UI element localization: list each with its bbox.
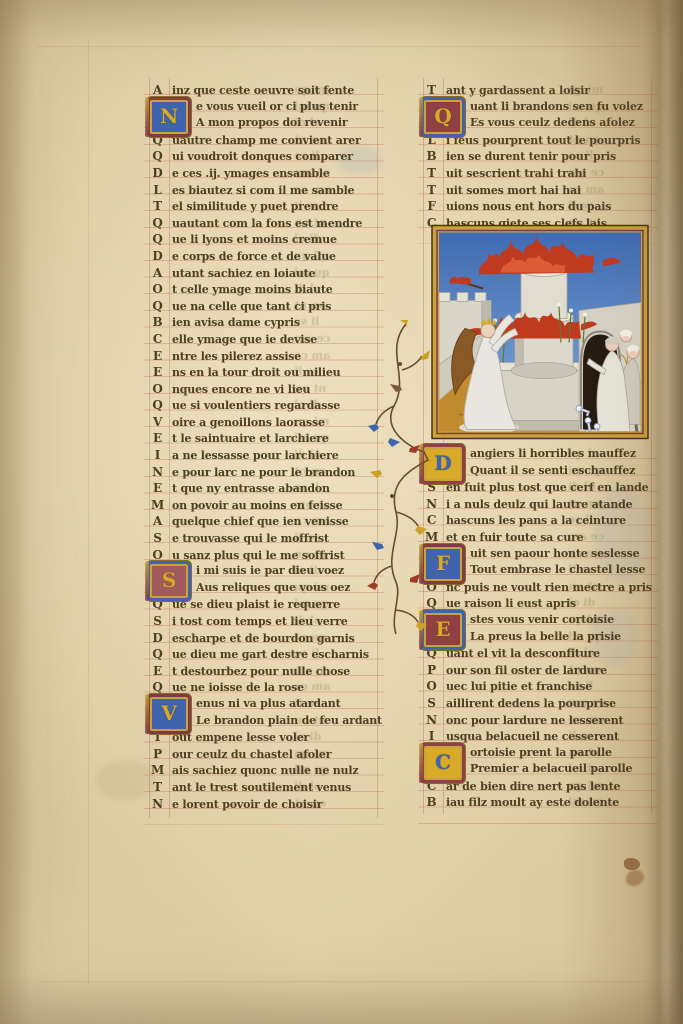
verse-initial: C [424, 778, 439, 795]
text-column-right-lower: Dangiers li horribles mauffezQuant il se… [424, 446, 656, 811]
verse-initial: E [150, 348, 165, 365]
verse-line: Et que ny entrasse abandon [150, 480, 382, 497]
verse-text: e trouvasse qui le moffrist [172, 532, 329, 545]
verse-initial: Q [150, 215, 165, 232]
verse-text: Premier a belacueil parolle [470, 762, 632, 775]
illuminated-initial-S: S [150, 564, 188, 598]
verse-text: ue raison li eust apris [446, 597, 576, 610]
verse-initial: Q [150, 298, 165, 315]
verse-line: Mais sachiez quonc nulle ne nulz [150, 762, 382, 779]
verse-text: i tost com temps et lieu verre [172, 615, 348, 628]
verse-initial: M [150, 497, 165, 514]
verse-initial: M [150, 762, 165, 779]
verse-line: Si tost com temps et lieu verre [150, 613, 382, 630]
verse-line: Les biautez si com il me samble [150, 182, 382, 199]
verse-text: iau filz moult ay este dolente [446, 796, 619, 809]
verse-text: A mon propos doi revenir [196, 116, 347, 129]
verse-initial: Q [150, 679, 165, 696]
verse-initial: T [424, 182, 439, 199]
text-column-right-upper: Tant y gardassent a loisirQuant li brand… [424, 82, 656, 231]
verse-initial: Q [424, 645, 439, 662]
verse-line: Fuions nous ent hors du pais [424, 198, 656, 215]
verse-text: on povoir au moins en feisse [172, 499, 342, 512]
stain [96, 760, 156, 800]
verse-line: Car de bien dire nert pas lente [424, 778, 656, 795]
verse-line: Que se dieu plaist ie requerre [150, 596, 382, 613]
verse-text: t celle ymage moins biaute [172, 283, 333, 296]
verse-line: Quant li brandons sen fu volez [424, 99, 656, 116]
verse-initial: B [150, 314, 165, 331]
verse-initial: D [150, 630, 165, 647]
verse-text: e pour larc ne pour le brandon [172, 466, 355, 479]
illuminated-initial-V: V [150, 697, 188, 731]
verse-line: Ens en la tour droit ou milieu [150, 364, 382, 381]
verse-text: stes vous venir cortoisie [470, 613, 614, 626]
verse-text: ant y gardassent a loisir [446, 84, 590, 97]
verse-line: Biau filz moult ay este dolente [424, 794, 656, 811]
verse-initial: Q [150, 231, 165, 248]
verse-text: Le brandon plain de feu ardant [196, 714, 382, 727]
verse-text: e corps de force et de value [172, 250, 336, 263]
verse-text: el similitude y puet prendre [172, 200, 338, 213]
verse-line: Fuit sen paour honte seslesse [424, 546, 656, 563]
verse-line: Pour son fil oster de lardure [424, 662, 656, 679]
verse-initial: N [150, 464, 165, 481]
verse-text: u sanz plus qui le me soffrist [172, 549, 345, 562]
verse-text: uit sen paour honte seslesse [470, 547, 639, 560]
verse-text: inz que ceste oeuvre soit fente [172, 84, 354, 97]
verse-initial: O [150, 547, 165, 564]
verse-line: Sen fuit plus tost que cerf en lande [424, 479, 656, 496]
verse-line: Que na celle que tant ci pris [150, 298, 382, 315]
verse-text: i feus pourprent tout le pourpris [446, 134, 640, 147]
verse-text: Es vous ceulz dedens afolez [470, 116, 635, 129]
verse-initial: O [150, 281, 165, 298]
verse-initial: S [150, 613, 165, 630]
verse-initial: E [150, 663, 165, 680]
verse-initial: N [424, 712, 439, 729]
verse-text: ien avisa dame cypris [172, 316, 300, 329]
verse-text: ais sachiez quonc nulle ne nulz [172, 764, 358, 777]
verse-text: et en fuir toute sa cure [446, 531, 583, 544]
verse-text: uant li brandons sen fu volez [470, 100, 643, 113]
margin-rule-bottom [36, 981, 646, 982]
verse-text: ue si voulentiers regardasse [172, 399, 340, 412]
verse-line: Que si voulentiers regardasse [150, 397, 382, 414]
verse-initial: T [424, 82, 439, 99]
verse-text: ntre les pilerez assise [172, 350, 301, 363]
verse-initial: B [424, 148, 439, 165]
verse-line: Ia ne lessasse pour larchiere [150, 447, 382, 464]
verse-line: Li feus pourprent tout le pourpris [424, 132, 656, 149]
verse-line: Voire a genoillons laorasse [150, 414, 382, 431]
verse-text: ar de bien dire nert pas lente [446, 780, 620, 793]
verse-text: uautre champ me convient arer [172, 134, 361, 147]
verse-line: Pour ceulz du chastel afoler [150, 746, 382, 763]
verse-text: escharpe et de bourdon garnis [172, 632, 355, 645]
verse-text: angiers li horribles mauffez [470, 447, 636, 460]
verse-initial: T [150, 198, 165, 215]
margin-rule-left [88, 40, 89, 985]
verse-text: ortoisie prent la parolle [470, 746, 612, 759]
verse-text: out empene lesse voler [172, 731, 309, 744]
verse-text: our ceulz du chastel afoler [172, 748, 331, 761]
verse-initial: S [424, 695, 439, 712]
verse-initial: A [150, 513, 165, 530]
verse-initial: S [150, 530, 165, 547]
verse-line: Celle ymage que ie devise [150, 331, 382, 348]
verse-initial: E [150, 430, 165, 447]
verse-text: ui voudroit donques comparer [172, 150, 353, 163]
verse-initial: I [150, 447, 165, 464]
verse-line: Venus ni va plus atardant [150, 696, 382, 713]
ink-blot [626, 870, 644, 886]
verse-line: Et le saintuaire et larchiere [150, 430, 382, 447]
verse-line: Que raison li eust apris [424, 595, 656, 612]
verse-text: ns en la tour droit ou milieu [172, 366, 340, 379]
verse-line: Chascuns les pans a la ceinture [424, 512, 656, 529]
verse-initial: E [150, 480, 165, 497]
verse-text: onc pour lardure ne lesserent [446, 714, 623, 727]
verse-text: t destourbez pour nulle chose [172, 665, 350, 678]
verse-text: uant el vit la desconfiture [446, 647, 600, 660]
illuminated-initial-Q: Q [424, 100, 462, 134]
verse-initial: E [150, 364, 165, 381]
verse-line: Nonc pour lardure ne lesserent [424, 712, 656, 729]
verse-initial: Q [150, 397, 165, 414]
verse-text: quelque chief que ien venisse [172, 515, 349, 528]
verse-initial: Q [150, 596, 165, 613]
manuscript-page: { "manuscript": { "kind": "illuminated-m… [0, 0, 683, 1024]
verse-line: Tout empene lesse voler [150, 729, 382, 746]
verse-text: a ne lessasse pour larchiere [172, 449, 339, 462]
verse-line: Ne vous vueil or ci plus tenir [150, 99, 382, 116]
verse-line: Ne lorent povoir de choisir [150, 796, 382, 813]
illuminated-initial-N: N [150, 100, 188, 134]
verse-text: es biautez si com il me samble [172, 184, 354, 197]
verse-line: Tant le trest soutilement venus [150, 779, 382, 796]
verse-initial: Q [150, 646, 165, 663]
verse-text: e lorent povoir de choisir [172, 798, 322, 811]
verse-initial: Q [150, 148, 165, 165]
verse-line: Que ne ioisse de la rose [150, 679, 382, 696]
verse-text: uautant com la fons est mendre [172, 217, 362, 230]
verse-line: Onques encore ne vi lieu [150, 381, 382, 398]
verse-line: De corps de force et de value [150, 248, 382, 265]
verse-line: Quant el vit la desconfiture [424, 645, 656, 662]
verse-text: ue na celle que tant ci pris [172, 300, 331, 313]
verse-line: De ces .ij. ymages ensamble [150, 165, 382, 182]
verse-line: Aquelque chief que ien venisse [150, 513, 382, 530]
verse-text: nques encore ne vi lieu [172, 383, 310, 396]
verse-line: Entre les pilerez assise [150, 348, 382, 365]
verse-initial: L [424, 132, 439, 149]
verse-line: Ou sanz plus qui le me soffrist [150, 547, 382, 564]
verse-text: nc puis ne voult rien mectre a pris [446, 581, 652, 594]
verse-initial: I [424, 728, 439, 745]
verse-initial: D [150, 165, 165, 182]
verse-line: Ni a nuls deulz qui lautre atande [424, 496, 656, 513]
verse-initial: C [150, 331, 165, 348]
miniature-painting [431, 224, 649, 440]
verse-line: Et destourbez pour nulle chose [150, 663, 382, 680]
verse-initial: N [150, 796, 165, 813]
verse-initial: A [150, 265, 165, 282]
verse-text: uit somes mort hai hai [446, 184, 581, 197]
verse-initial: P [424, 662, 439, 679]
verse-line: Ne pour larc ne pour le brandon [150, 464, 382, 481]
verse-line: Onc puis ne voult rien mectre a pris [424, 579, 656, 596]
verse-line: Que li lyons et moins cremue [150, 231, 382, 248]
verse-text: ue li lyons et moins cremue [172, 233, 337, 246]
verse-line: Ouec lui pitie et franchise [424, 678, 656, 695]
ink-blot [624, 858, 640, 870]
verse-line: Qui voudroit donques comparer [150, 148, 382, 165]
verse-text: en fuit plus tost que cerf en lande [446, 481, 648, 494]
verse-text: ue dieu me gart destre escharnis [172, 648, 369, 661]
verse-text: Quant il se senti eschauffez [470, 464, 635, 477]
verse-line: Autant sachiez en loiaute [150, 265, 382, 282]
verse-text: uions nous ent hors du pais [446, 200, 611, 213]
verse-initial: O [150, 381, 165, 398]
verse-line: Estes vous venir cortoisie [424, 612, 656, 629]
verse-text: Aus reliques que vous oez [196, 581, 350, 594]
verse-text: i mi suis ie par dieu voez [196, 564, 344, 577]
verse-line: Que dieu me gart destre escharnis [150, 646, 382, 663]
venus-face [481, 324, 495, 338]
verse-initial: T [150, 729, 165, 746]
text-column-left: Ainz que ceste oeuvre soit fenteNe vous … [150, 82, 382, 812]
verse-initial: F [424, 198, 439, 215]
verse-text: elle ymage que ie devise [172, 333, 317, 346]
verse-text: usqua belacueil ne cesserent [446, 730, 619, 743]
verse-text: ant le trest soutilement venus [172, 781, 351, 794]
verse-initial: V [150, 414, 165, 431]
verse-line: Tuit somes mort hai hai [424, 182, 656, 199]
verse-initial: B [424, 794, 439, 811]
verse-text: hascuns les pans a la ceinture [446, 514, 626, 527]
verse-line: Dangiers li horribles mauffez [424, 446, 656, 463]
verse-text: our son fil oster de lardure [446, 664, 607, 677]
verse-text: ue se dieu plaist ie requerre [172, 598, 340, 611]
verse-initial: Q [150, 132, 165, 149]
verse-text: ue ne ioisse de la rose [172, 681, 304, 694]
margin-rule-top [36, 46, 646, 47]
vine-decoration [366, 320, 434, 640]
verse-line: Se trouvasse qui le moffrist [150, 530, 382, 547]
verse-text: uec lui pitie et franchise [446, 680, 592, 693]
verse-line: Iusqua belacueil ne cesserent [424, 728, 656, 745]
verse-initial: A [150, 82, 165, 99]
verse-initial: D [150, 248, 165, 265]
verse-line: Quautre champ me convient arer [150, 132, 382, 149]
verse-line: Si mi suis ie par dieu voez [150, 563, 382, 580]
verse-line: Ot celle ymage moins biaute [150, 281, 382, 298]
illuminated-initial-C: C [424, 746, 462, 780]
verse-line: Ainz que ceste oeuvre soit fente [150, 82, 382, 99]
verse-line: Mon povoir au moins en feisse [150, 497, 382, 514]
verse-line: Tel similitude y puet prendre [150, 198, 382, 215]
verse-line: Descharpe et de bourdon garnis [150, 630, 382, 647]
verse-initial: O [424, 678, 439, 695]
verse-line: Cortoisie prent la parolle [424, 745, 656, 762]
verse-line: Saillirent dedens la pourprise [424, 695, 656, 712]
verse-text: aillirent dedens la pourprise [446, 697, 616, 710]
verse-line: Tant y gardassent a loisir [424, 82, 656, 99]
verse-text: ien se durent tenir pour pris [446, 150, 616, 163]
verse-line: Met en fuir toute sa cure [424, 529, 656, 546]
verse-line: Quautant com la fons est mendre [150, 215, 382, 232]
verse-text: e ces .ij. ymages ensamble [172, 167, 330, 180]
verse-text: uit sescrient trahi trahi [446, 167, 586, 180]
verse-text: i a nuls deulz qui lautre atande [446, 498, 632, 511]
verse-text: Tout embrase le chastel lesse [470, 563, 645, 576]
verse-text: t que ny entrasse abandon [172, 482, 330, 495]
verse-text: La preus la belle la prisie [470, 630, 621, 643]
verse-initial: T [150, 779, 165, 796]
verse-initial: T [424, 165, 439, 182]
verse-text: e vous vueil or ci plus tenir [196, 100, 358, 113]
verse-initial: P [150, 746, 165, 763]
miniature-scene [431, 224, 649, 440]
verse-initial: L [150, 182, 165, 199]
verse-line: Bien se durent tenir pour pris [424, 148, 656, 165]
verse-text: utant sachiez en loiaute [172, 267, 315, 280]
verse-line: Tuit sescrient trahi trahi [424, 165, 656, 182]
verse-text: t le saintuaire et larchiere [172, 432, 329, 445]
verse-text: oire a genoillons laorasse [172, 416, 325, 429]
verse-text: enus ni va plus atardant [196, 697, 341, 710]
verse-line: Bien avisa dame cypris [150, 314, 382, 331]
vine-spray [366, 320, 434, 640]
